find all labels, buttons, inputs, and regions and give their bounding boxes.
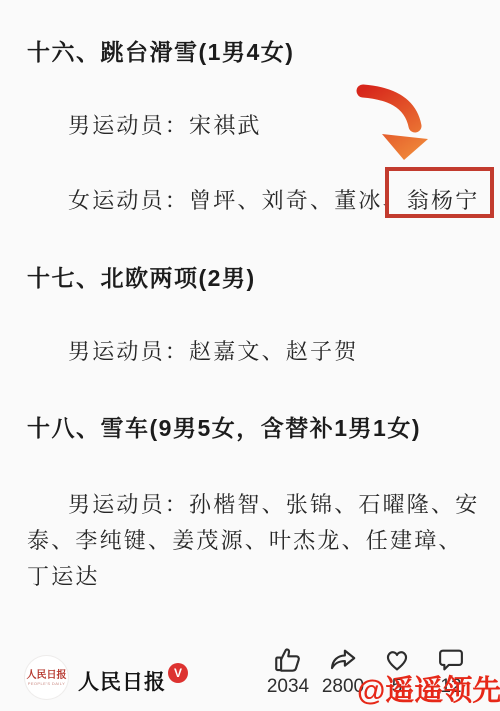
section-16-heading: 十六、跳台滑雪(1男4女)	[27, 34, 294, 67]
watermark: @遥遥领先	[357, 668, 500, 709]
publisher-avatar[interactable]: 人民日报 PEOPLE'S DAILY	[25, 656, 68, 699]
like-button[interactable]: 2034	[260, 645, 316, 698]
red-arrow-icon	[356, 84, 446, 162]
publisher-name[interactable]: 人民日报	[78, 666, 166, 696]
women-line-prefix: 女运动员：曾坪、刘奇、董冰、	[68, 188, 407, 213]
section-18-heading: 十八、雪车(9男5女，含替补1男1女)	[27, 410, 421, 443]
highlight-box	[385, 167, 494, 218]
section-16-men-line: 男运动员：宋祺武	[68, 109, 262, 140]
section-18-men-paragraph: 男运动员：孙楷智、张锦、石曜隆、安泰、李纯键、姜茂源、叶杰龙、任建璋、丁运达	[27, 487, 483, 595]
verified-badge-icon: V	[168, 663, 188, 683]
share-arrow-icon	[328, 645, 358, 675]
section-17-heading: 十七、北欧两项(2男)	[27, 260, 256, 293]
avatar-logo-subtext: PEOPLE'S DAILY	[28, 681, 65, 686]
like-count: 2034	[260, 676, 316, 698]
thumbs-up-icon	[273, 645, 303, 675]
post-screenshot: 十六、跳台滑雪(1男4女) 男运动员：宋祺武 女运动员：曾坪、刘奇、董冰、翁杨宁…	[0, 0, 500, 711]
section-17-men-line: 男运动员：赵嘉文、赵子贺	[68, 335, 358, 366]
avatar-logo-text: 人民日报	[27, 670, 67, 681]
